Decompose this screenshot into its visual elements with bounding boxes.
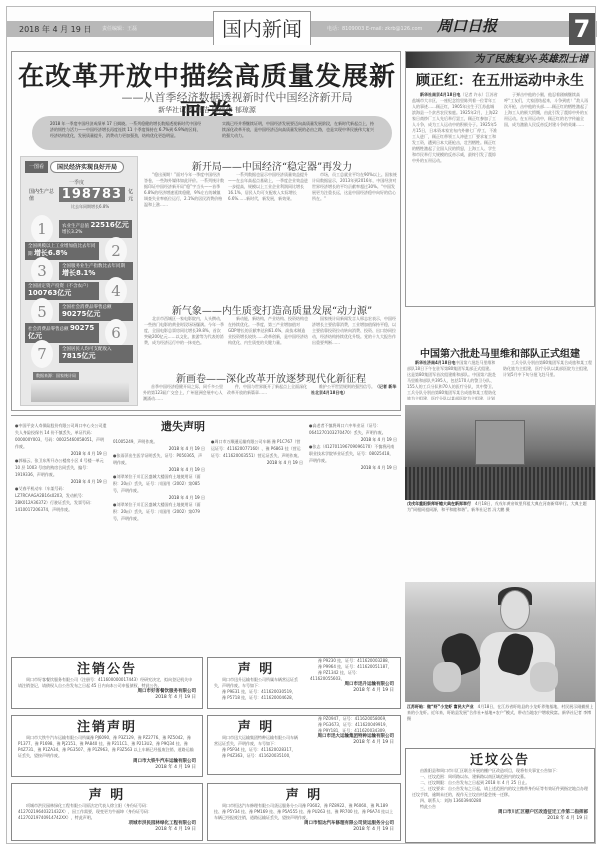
body-col: 市场，员工总就业平均在90%以上。国家统计局数据显示，2013年到2016年，中… bbox=[312, 172, 398, 292]
notice-title: 声 明 bbox=[208, 716, 304, 735]
notice-date: 2018 年 4 月 19 日 bbox=[12, 827, 202, 833]
notice-body: 周口市好客餐饮服务有限公司（注册号：411600000017443）经研究决定，… bbox=[12, 677, 202, 689]
notice-title: 注销公告 bbox=[12, 658, 202, 677]
hand-left bbox=[433, 662, 461, 692]
infographic-tag: 一图看 bbox=[25, 161, 48, 173]
notice-title: 注销声明 bbox=[12, 716, 202, 735]
peacekeeping-headline[interactable]: 中国第六批赴马里维和部队正式组建 bbox=[405, 345, 595, 360]
hero-story: 为了民族复兴·英雄烈士谱 顾正红：在五卅运动中永生 新华社南京4月18日电（记者… bbox=[405, 51, 595, 307]
infographic-heading: 国民经济实现良好开局 bbox=[50, 161, 124, 173]
statement-1: 声 明 周口市迅升运输有限公司所属车辆营运证丢失，声明作废。车号如下： 豫 P9… bbox=[207, 657, 401, 709]
notice-date: 2018 年 4 月 19 日 bbox=[406, 816, 594, 822]
vehicle-line: 豫 PZ1342 挂，证号：411620055603， bbox=[304, 670, 400, 682]
gdp-note: 比去年同期增长6.8% bbox=[71, 204, 109, 210]
statement-right: 豫 PZ0947，证号：411620058069， 豫 PG3673，证号：41… bbox=[304, 716, 400, 774]
lead-byline: 新华社记者 韩洁 陈炜伟 郁琼源 bbox=[12, 105, 402, 115]
notice-body: 项城市洪民园林绿化工程有限公司原法定代表人徐立阳（身份证号码：412702196… bbox=[12, 803, 202, 821]
body-col: 维护公平世贸规则的强烈信号。（记者 新华社北京4月18日电） bbox=[311, 384, 397, 410]
item-number: 7 bbox=[31, 340, 53, 368]
city-skyline-graphic bbox=[31, 382, 129, 402]
item-box: 全国居民人均可支配收入 7815亿元 bbox=[59, 345, 133, 363]
lost-notices: 遗失声明 ●中国平安人寿保险股份有限公司周口中心支公司遗失人身险投保书 14 份… bbox=[11, 415, 401, 549]
ceremony-caption: 戊戌年重阳祭拜轩辕大典在新郑举行 4月18日，戊戌年黄帝故里拜祖大典在河南新郑举… bbox=[407, 501, 595, 513]
infographic-title: 一图看 国民经济实现良好开局 bbox=[25, 161, 124, 173]
hand-right bbox=[530, 662, 558, 692]
notice-date: 2018 年 4 月 19 日 bbox=[304, 740, 400, 746]
notice-body: 周口市恒达汽车修理有限公司货运服务分公司豫 P3602、豫 PZ8922、豫 P… bbox=[208, 803, 400, 821]
body-col: 工兵分队分别由第80集团军某合成旅和某工程防化旅为主组建，医疗分队以某部医院为主… bbox=[503, 360, 593, 400]
statement-left: 声 明 周口市迅大运输集团特种运输有限公司车辆营运证丢失，声明作废，车号如下： … bbox=[208, 716, 304, 774]
lead-story: 在改革开放中描绘高质量发展新画卷 ——从首季经济数据透视新时代中国经济新开局 新… bbox=[11, 51, 401, 411]
body-col: 首季中国经济稳健开局之际，同千多公里外的第123届广交会上，广州琶洲会展中心人潮… bbox=[143, 384, 223, 410]
lost-col-1: ●中国平安人寿保险股份有限公司周口中心支公司遗失人身险投保书 14 份不慎丢失，… bbox=[15, 422, 107, 513]
issue-date: 2018 年 4 月 19 日 bbox=[19, 24, 91, 35]
body-col: 新华社济南4月18日电中国第六批赴马里维和部队18日下午在驻军第80集团军某部正… bbox=[407, 360, 497, 400]
notice-date: 2018 年 4 月 19 日 bbox=[12, 695, 202, 701]
statement-2: 声 明 周口市迅大运输集团特种运输有限公司车辆营运证丢失，声明作废，车号如下： … bbox=[207, 715, 401, 775]
quarter-label: 一季度 bbox=[69, 179, 84, 186]
gdp-figure: 国内生产总值 198783 亿元 bbox=[29, 187, 137, 202]
statement-left: 声 明 周口市迅升运输有限公司所属车辆营运证丢失，声明作废。车号如下： 豫 P9… bbox=[208, 658, 304, 708]
section-title: 国内新闻 bbox=[213, 11, 311, 45]
notice-body: 周口市迅升运输有限公司所属车辆营运证丢失，声明作废。车号如下： bbox=[208, 677, 304, 689]
lost-title: 遗失声明 bbox=[161, 418, 205, 434]
lead-intro-box: 2018 年一季度中国经济成绩单 17 日揭晓。一系列稳健的增长数据透视新时代中… bbox=[32, 116, 392, 150]
lost-col-2: 01005249，声明作废。2018 年 4 月 19 日 ●张雨萍出生医学证明… bbox=[113, 438, 205, 522]
gdp-value: 198783 bbox=[59, 187, 125, 202]
crowd-graphic bbox=[405, 467, 595, 500]
notice-body: 周口市迅大运输集团特种运输有限公司车辆营运证丢失，声明作废，车号如下： bbox=[208, 735, 304, 747]
series-banner: 为了民族复兴·英雄烈士谱 bbox=[406, 52, 594, 68]
paper-logo: 周口日报 bbox=[437, 15, 497, 36]
newspaper-page: 2018 年 4 月 19 日 责任编辑：王磊 国内新闻 电话：8109003 … bbox=[6, 6, 596, 844]
hero-headline[interactable]: 顾正红：在五卅运动中永生 bbox=[406, 70, 594, 90]
page-number: 7 bbox=[569, 13, 595, 45]
relocation-notice: 迁坟公告 由淮阳县和周口市川汇区联合开展的棚户区改造项目，现将有关事宜公告如下：… bbox=[405, 748, 595, 843]
contact-info: 电话：8109003 E-mail: zkrb@126.com bbox=[327, 25, 422, 32]
page-header: 2018 年 4 月 19 日 责任编辑：王磊 国内新闻 电话：8109003 … bbox=[7, 7, 597, 49]
item-box: 农业生产总值 22516亿元增长3.2% bbox=[59, 220, 132, 238]
notice-date: 2018 年 4 月 19 日 bbox=[208, 827, 400, 833]
statement-3: 声 明 项城市洪民园林绿化工程有限公司原法定代表人徐立阳（身份证号码：41270… bbox=[11, 783, 203, 841]
body-col: 一系列数据也显示中国经济质量效益提升——在去年高起点基础上，一季度企业效益进一步… bbox=[228, 172, 308, 292]
ceremony-photo[interactable] bbox=[405, 405, 595, 500]
section3-heading: 新画卷——深化改革开放逐梦现代化新征程 bbox=[141, 370, 401, 385]
gdp-label: 国内生产总值 bbox=[29, 188, 56, 202]
statement-4: 声 明 周口市恒达汽车修理有限公司货运服务分公司豫 P3602、豫 PZ8922… bbox=[207, 783, 401, 841]
section2-heading: 新气象——内生质变打造高质量发展“动力源” bbox=[142, 302, 402, 317]
vehicle-line: 豫 P4Z363，证号：411620035100， bbox=[208, 753, 304, 759]
notice-date: 2018 年 4 月 19 日 bbox=[12, 765, 202, 771]
lead-subheadline: ——从首季经济数据透视新时代中国经济新开局 bbox=[12, 89, 402, 105]
editor-credit: 责任编辑：王磊 bbox=[102, 25, 137, 32]
notice-date: 2018 年 4 月 19 日 bbox=[304, 688, 400, 694]
vehicle-line: 豫 P5718 挂，证号：411620004628， bbox=[208, 695, 304, 701]
section1-heading: 新开局——中国经济“稳定器”再发力 bbox=[142, 158, 402, 173]
body-col: 子弹击中他的小腿，他忍着剧痛继续高呼“工友们，大家团结起来，斗争到底！”敌人再次… bbox=[504, 92, 590, 304]
intro-left: 2018 年一季度中国经济成绩单 17 日揭晓。一系列稳健的增长数据透视新时代中… bbox=[50, 121, 202, 145]
body-col: 新华社南京4月18日电（记者 许永）江苏省盐城市大丰区，一座纪念馆里陈列着一位青… bbox=[412, 92, 498, 304]
face-shape bbox=[500, 590, 530, 630]
notice-title: 迁坟公告 bbox=[406, 749, 594, 768]
notice-title: 声 明 bbox=[12, 784, 202, 803]
notice-title: 声 明 bbox=[208, 784, 400, 803]
cancellation-notice: 注销公告 周口市好客餐饮服务有限公司（注册号：411600000017443）经… bbox=[11, 657, 203, 709]
economy-infographic: 一图看 国民经济实现良好开局 一季度 国内生产总值 198783 亿元 比去年同… bbox=[20, 156, 138, 406]
notice-item: 三、迁坟要求：自公告发布之日起，请上述范围内的坟主携带身份证等有效证件到指定地点… bbox=[406, 786, 594, 798]
data-source: 数据来源：国家统计局 bbox=[33, 372, 79, 380]
body-col: 件，中国与世界既开了新起点上全面深化改革开放的新篇章…… bbox=[227, 384, 307, 410]
crayfish-photo[interactable] bbox=[405, 582, 595, 702]
gdp-unit: 亿元 bbox=[128, 188, 137, 202]
notice-title: 声 明 bbox=[208, 658, 304, 677]
lost-col-3: ●周口市万顺通运输有限公司车辆 豫 P1C767（营运证号：4116200771… bbox=[211, 438, 303, 466]
infographic-item-7: 7 全国居民人均可支配收入 7815亿元 bbox=[31, 340, 133, 368]
lost-col-4: ●高老者不慎将周口六中毕业证（证号：0641270103270470）丢失，声明… bbox=[309, 422, 397, 471]
stage-graphic bbox=[475, 420, 525, 465]
crayfish-caption: 江苏盱眙：做“虾”小龙虾 富民大产业 4月18日，在江苏省盱眙县的小龙虾养殖基地… bbox=[407, 704, 595, 722]
story-credit: （记者 新华社北京4月18日电） bbox=[311, 384, 396, 395]
body-col: “稳出预期！”面对今年一季度中国经济答卷，一些海外媒体如此评价。一系列统计数据印… bbox=[144, 172, 224, 292]
deregistration-statement: 注销声明 周口市大铁牛汽车运输有限公司所属豫 PJ6090、豫 P3Z129、豫… bbox=[11, 715, 203, 777]
notice-body: 周口市大铁牛汽车运输有限公司所属豫 PJ6090、豫 P3Z129、豫 PZ27… bbox=[12, 735, 202, 759]
intro-right: 实践已经并将继续证明，中国经济发展要迈向高质量发展阶段，在新时代新起点上，持续深… bbox=[222, 121, 374, 145]
statement-right: 豫 P9230 挂，证号：411620003288， 豫 P9964 挂，证号：… bbox=[304, 658, 400, 708]
